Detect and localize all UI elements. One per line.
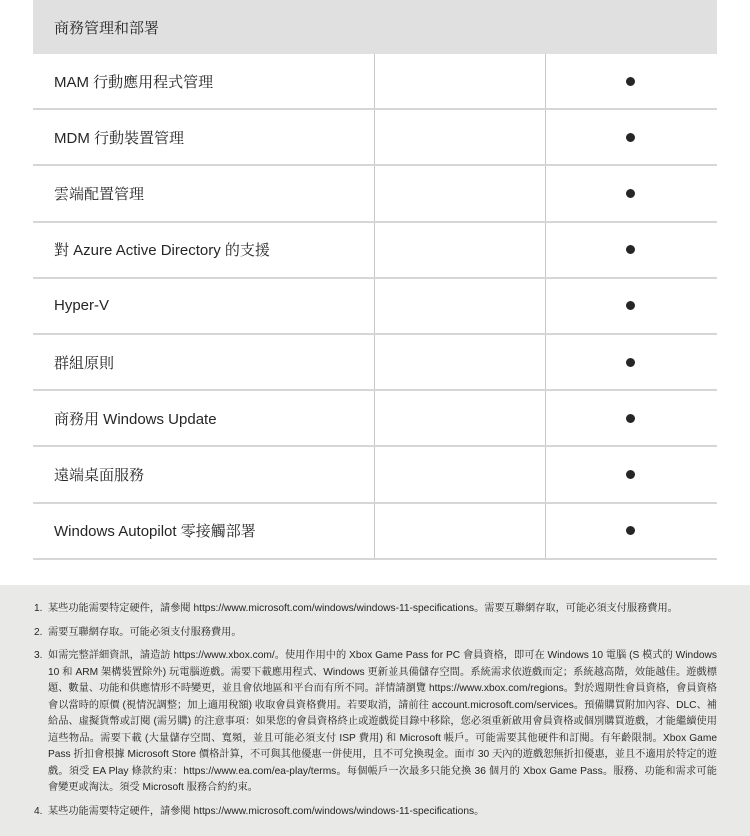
- included-dot-icon: [626, 133, 635, 142]
- footnote-2: 2. 需要互聯網存取。可能必須支付服務費用。: [34, 625, 717, 642]
- table-row: 遠端桌面服務: [33, 447, 717, 503]
- footnotes-section: 1. 某些功能需要特定硬件，請參閱 https://www.microsoft.…: [0, 585, 750, 836]
- feature-cell-col2: [375, 166, 546, 220]
- feature-cell-col2: [375, 504, 546, 558]
- feature-cell-col3: [546, 279, 717, 333]
- feature-cell-col3: [546, 223, 717, 277]
- feature-label: MDM 行動裝置管理: [33, 110, 375, 164]
- feature-cell-col2: [375, 223, 546, 277]
- included-dot-icon: [626, 470, 635, 479]
- footnote-4: 4. 某些功能需要特定硬件，請參閱 https://www.microsoft.…: [34, 804, 717, 821]
- table-row: Windows Autopilot 零接觸部署: [33, 504, 717, 560]
- footnote-3: 3. 如需完整詳細資訊，請造訪 https://www.xbox.com/。使用…: [34, 648, 717, 797]
- feature-cell-col3: [546, 335, 717, 389]
- feature-cell-col2: [375, 54, 546, 108]
- footnote-text: 需要互聯網存取。可能必須支付服務費用。: [48, 625, 717, 642]
- included-dot-icon: [626, 77, 635, 86]
- footnote-1: 1. 某些功能需要特定硬件，請參閱 https://www.microsoft.…: [34, 601, 717, 618]
- footnote-number: 4.: [34, 804, 48, 821]
- included-dot-icon: [626, 414, 635, 423]
- feature-cell-col3: [546, 166, 717, 220]
- feature-label: 雲端配置管理: [33, 166, 375, 220]
- feature-cell-col3: [546, 391, 717, 445]
- included-dot-icon: [626, 189, 635, 198]
- footnote-text: 如需完整詳細資訊，請造訪 https://www.xbox.com/。使用作用中…: [48, 648, 717, 797]
- section-header-title: 商務管理和部署: [54, 17, 159, 38]
- included-dot-icon: [626, 358, 635, 367]
- feature-cell-col3: [546, 110, 717, 164]
- table-row: 雲端配置管理: [33, 166, 717, 222]
- feature-label: MAM 行動應用程式管理: [33, 54, 375, 108]
- feature-cell-col3: [546, 54, 717, 108]
- table-row: MAM 行動應用程式管理: [33, 54, 717, 110]
- included-dot-icon: [626, 245, 635, 254]
- feature-label: 群組原則: [33, 335, 375, 389]
- feature-label: 對 Azure Active Directory 的支援: [33, 223, 375, 277]
- table-row: 對 Azure Active Directory 的支援: [33, 223, 717, 279]
- feature-cell-col3: [546, 447, 717, 501]
- feature-cell-col2: [375, 391, 546, 445]
- footnote-text: 某些功能需要特定硬件，請參閱 https://www.microsoft.com…: [48, 804, 717, 821]
- table-row: MDM 行動裝置管理: [33, 110, 717, 166]
- table-row: Hyper-V: [33, 279, 717, 335]
- footnote-number: 2.: [34, 625, 48, 642]
- included-dot-icon: [626, 526, 635, 535]
- footnote-number: 1.: [34, 601, 48, 618]
- table-row: 商務用 Windows Update: [33, 391, 717, 447]
- feature-cell-col2: [375, 447, 546, 501]
- feature-cell-col2: [375, 110, 546, 164]
- footnote-number: 3.: [34, 648, 48, 797]
- feature-label: 商務用 Windows Update: [33, 391, 375, 445]
- section-header: 商務管理和部署: [33, 0, 717, 54]
- feature-comparison-table: 商務管理和部署 MAM 行動應用程式管理 MDM 行動裝置管理 雲端配置管理 對…: [33, 0, 717, 560]
- feature-cell-col2: [375, 279, 546, 333]
- feature-cell-col2: [375, 335, 546, 389]
- feature-label: 遠端桌面服務: [33, 447, 375, 501]
- table-row: 群組原則: [33, 335, 717, 391]
- feature-label: Windows Autopilot 零接觸部署: [33, 504, 375, 558]
- footnote-text: 某些功能需要特定硬件，請參閱 https://www.microsoft.com…: [48, 601, 717, 618]
- feature-label: Hyper-V: [33, 279, 375, 333]
- included-dot-icon: [626, 301, 635, 310]
- feature-cell-col3: [546, 504, 717, 558]
